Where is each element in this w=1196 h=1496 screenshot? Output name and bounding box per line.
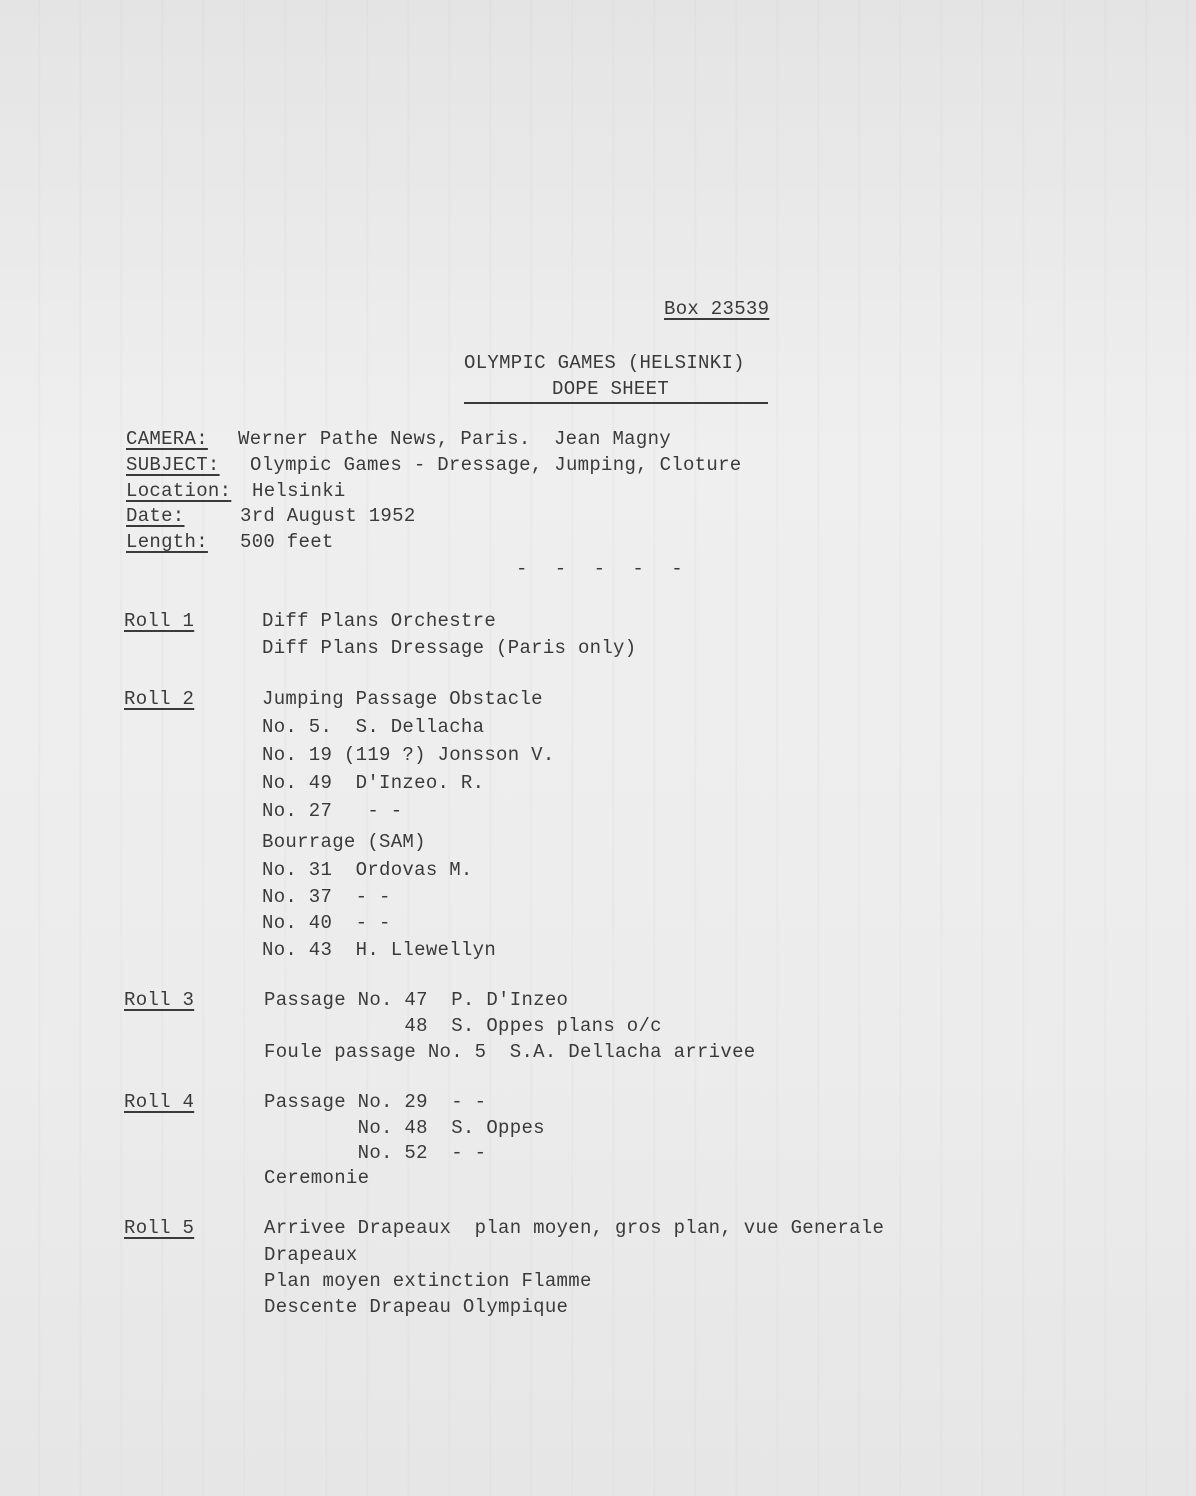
roll-5-label: Roll 5 (124, 1217, 194, 1239)
field-value-length: 500 feet (240, 531, 334, 553)
roll-2-line: No. 31 Ordovas M. (262, 859, 473, 881)
roll-3-line: Foule passage No. 5 S.A. Dellacha arrive… (264, 1041, 755, 1063)
roll-2-line: No. 5. S. Dellacha (262, 716, 484, 738)
field-label-location: Location: (126, 480, 231, 502)
roll-2-line: No. 37 - - (262, 886, 391, 908)
field-value-camera: Werner Pathe News, Paris. Jean Magny (238, 428, 671, 450)
field-label-subject: SUBJECT: (126, 454, 220, 476)
roll-1-line: Diff Plans Dressage (Paris only) (262, 637, 636, 659)
roll-5-line: Descente Drapeau Olympique (264, 1296, 568, 1318)
field-value-subject: Olympic Games - Dressage, Jumping, Clotu… (250, 454, 741, 476)
roll-4-line: No. 52 - - (264, 1142, 486, 1164)
roll-4-line: No. 48 S. Oppes (264, 1117, 545, 1139)
separator-dashes: - - - - - (516, 558, 691, 580)
roll-3-line: 48 S. Oppes plans o/c (264, 1015, 662, 1037)
roll-3-label: Roll 3 (124, 989, 194, 1011)
document-subtitle: DOPE SHEET (552, 378, 669, 400)
roll-4-line: Passage No. 29 - - (264, 1091, 486, 1113)
document-page (0, 0, 1196, 1496)
roll-5-line: Plan moyen extinction Flamme (264, 1270, 592, 1292)
field-label-length: Length: (126, 531, 208, 553)
roll-5-line: Drapeaux (264, 1244, 358, 1266)
roll-3-line: Passage No. 47 P. D'Inzeo (264, 989, 568, 1011)
box-label: Box 23539 (664, 298, 769, 320)
field-label-date: Date: (126, 505, 185, 527)
roll-1-line: Diff Plans Orchestre (262, 610, 496, 632)
field-value-location: Helsinki (252, 480, 346, 502)
roll-4-label: Roll 4 (124, 1091, 194, 1113)
roll-2-line: No. 49 D'Inzeo. R. (262, 772, 484, 794)
roll-1-label: Roll 1 (124, 610, 194, 632)
roll-4-line: Ceremonie (264, 1167, 369, 1189)
roll-2-line: No. 43 H. Llewellyn (262, 939, 496, 961)
field-label-camera: CAMERA: (126, 428, 208, 450)
document-title: OLYMPIC GAMES (HELSINKI) (464, 352, 745, 374)
roll-2-label: Roll 2 (124, 688, 194, 710)
roll-2-line: Bourrage (SAM) (262, 831, 426, 853)
title-underline (464, 402, 768, 404)
field-value-date: 3rd August 1952 (240, 505, 416, 527)
roll-2-line: No. 19 (119 ?) Jonsson V. (262, 744, 555, 766)
roll-2-line: No. 40 - - (262, 912, 391, 934)
roll-2-line: No. 27 - - (262, 800, 402, 822)
roll-5-line: Arrivee Drapeaux plan moyen, gros plan, … (264, 1217, 884, 1239)
roll-2-line: Jumping Passage Obstacle (262, 688, 543, 710)
